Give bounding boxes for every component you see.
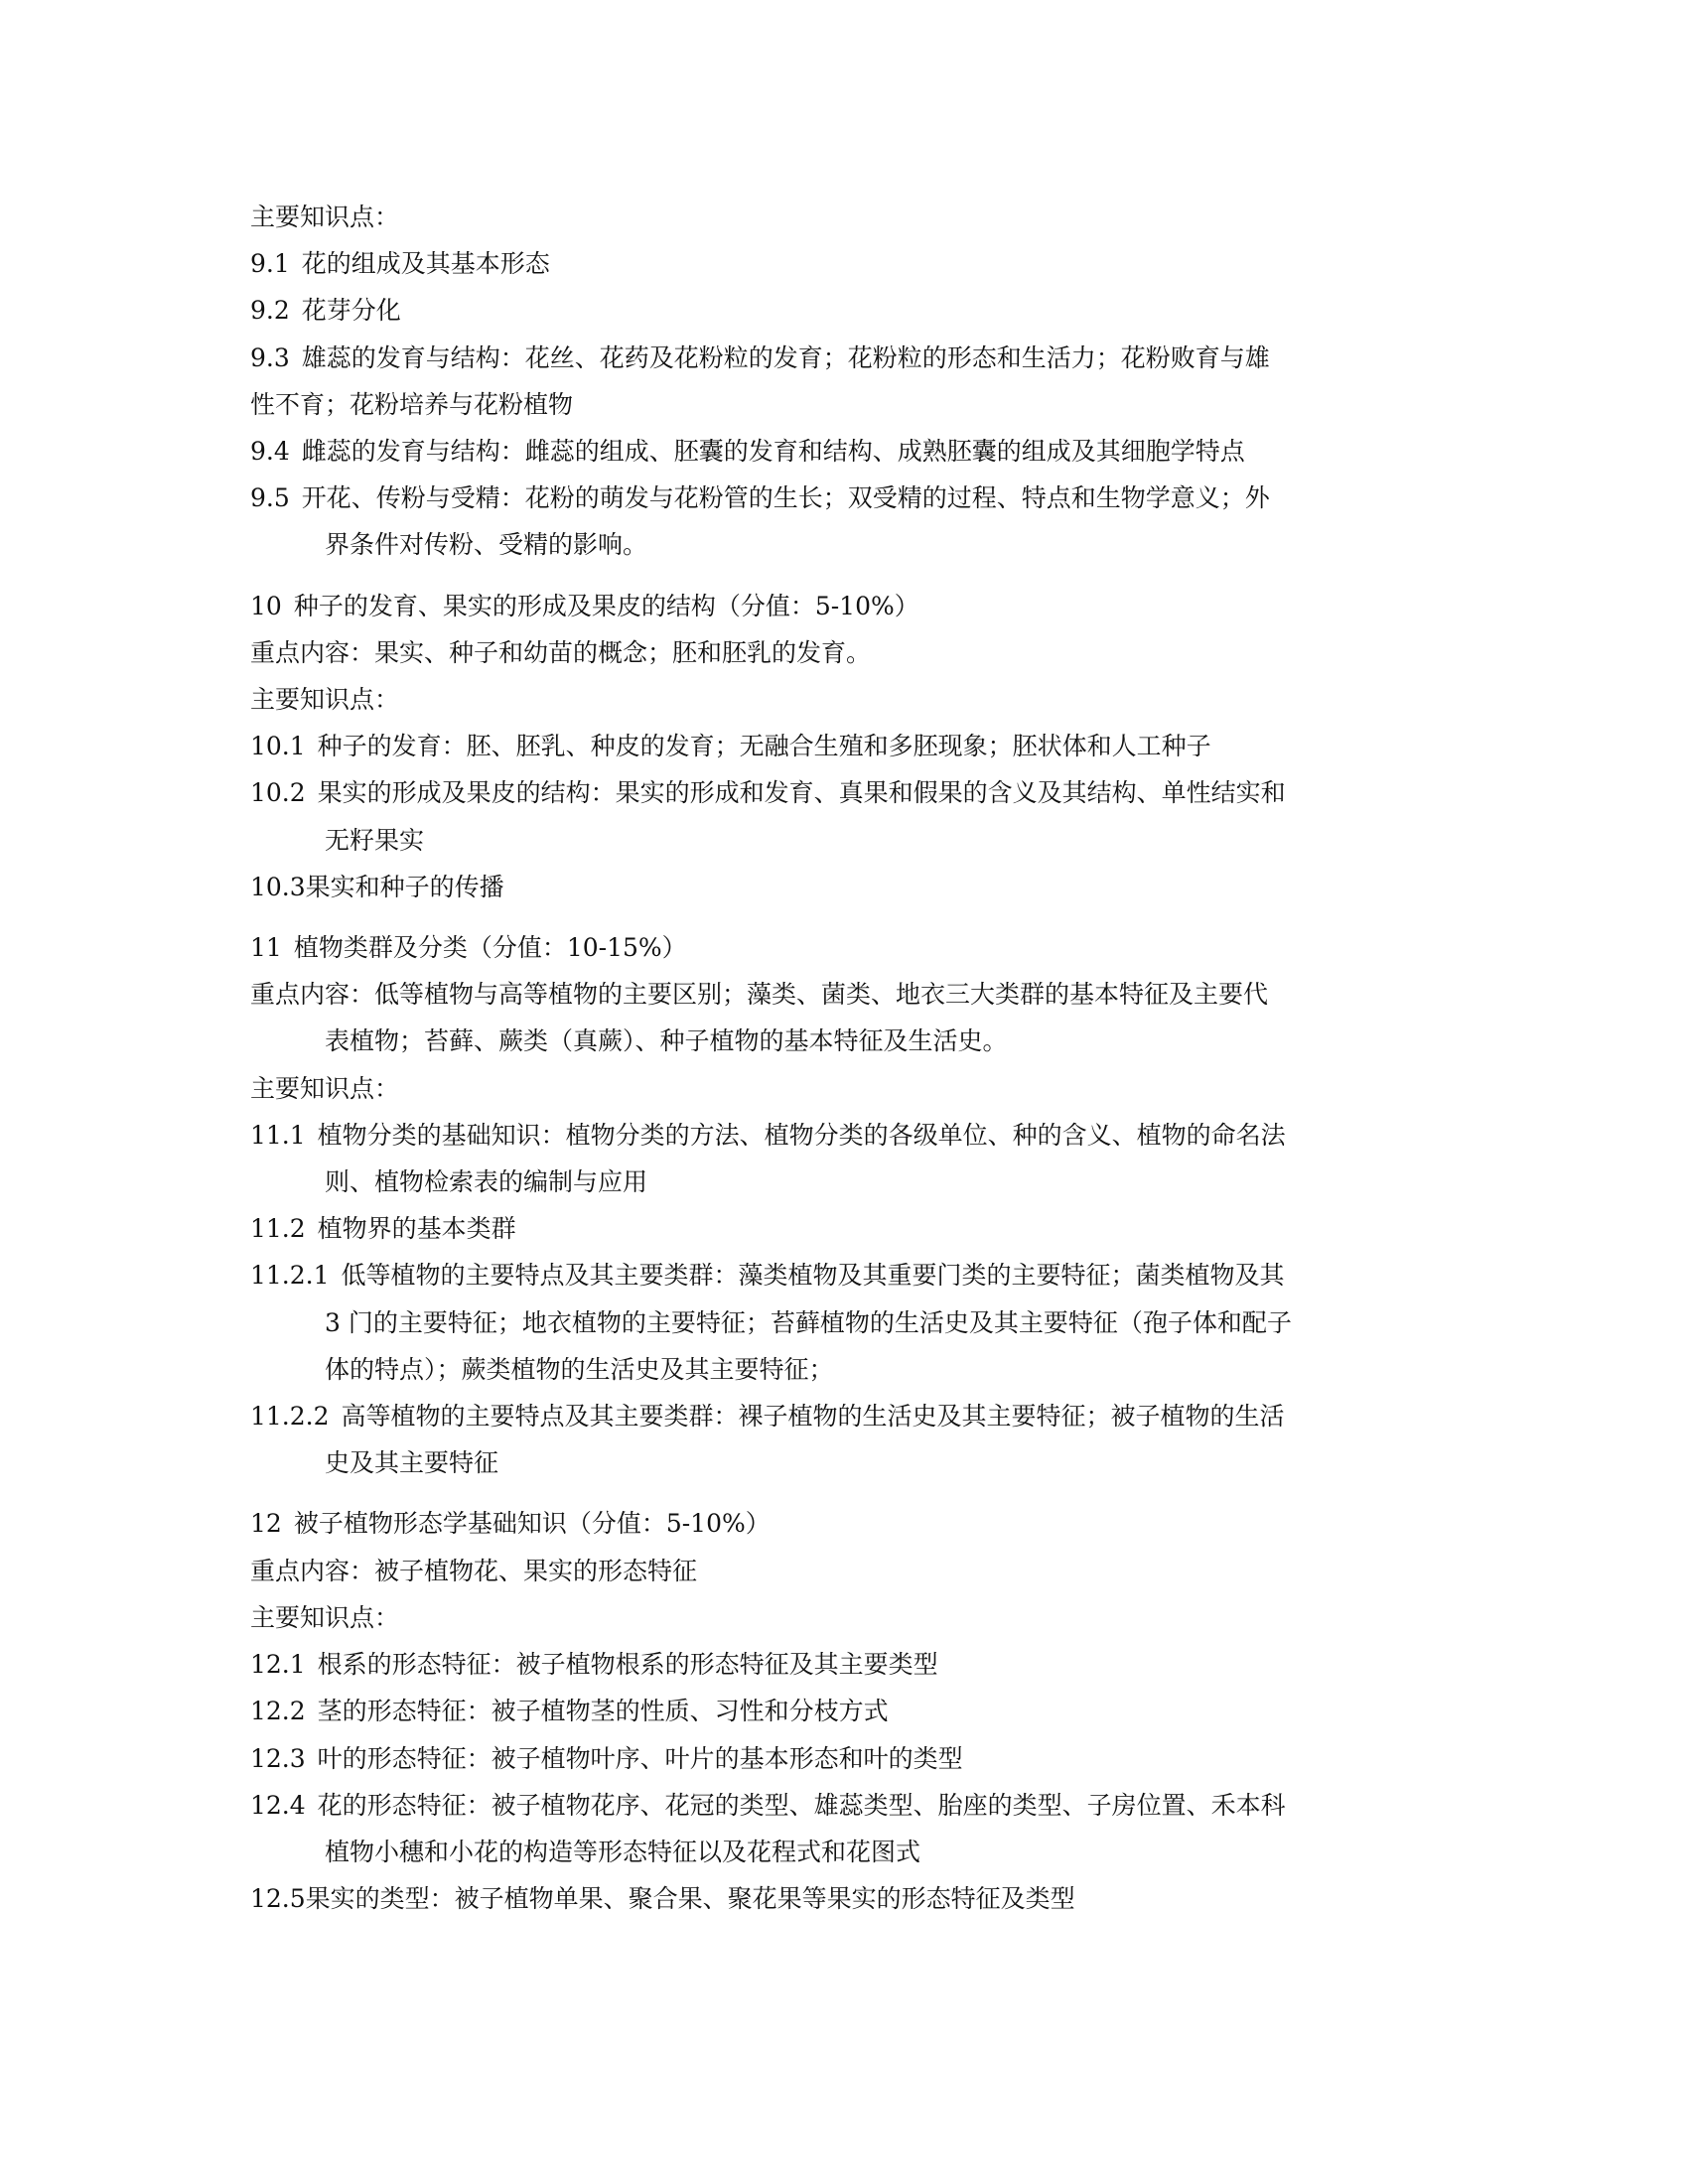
item-text: 果实的类型：被子植物单果、聚合果、聚花果等果实的形态特征及类型 (306, 1884, 1075, 1913)
section-title: 被子植物形态学基础知识（分值：5-10%） (294, 1509, 771, 1538)
item-text: 高等植物的主要特点及其主要类群：裸子植物的生活史及其主要特征；被子植物的生活 (342, 1402, 1285, 1431)
key-content-11: 重点内容：低等植物与高等植物的主要区别；藻类、菌类、地衣三大类群的基本特征及主要… (250, 971, 1442, 1064)
list-item-11-2-1: 11.2.1低等植物的主要特点及其主要类群：藻类植物及其重要门类的主要特征；菌类… (250, 1252, 1442, 1393)
knowledge-points-label: 主要知识点： (250, 676, 1442, 723)
list-item-11-1: 11.1植物分类的基础知识：植物分类的方法、植物分类的各级单位、种的含义、植物的… (250, 1112, 1442, 1205)
list-item-12-5: 12.5果实的类型：被子植物单果、聚合果、聚花果等果实的形态特征及类型 (250, 1875, 1442, 1922)
item-text-continuation: 史及其主要特征 (250, 1439, 1442, 1486)
knowledge-points-label: 主要知识点： (250, 1065, 1442, 1112)
list-item-10-2: 10.2果实的形成及果皮的结构：果实的形成和发育、真果和假果的含义及其结构、单性… (250, 769, 1442, 863)
list-item-9-3: 9.3雄蕊的发育与结构：花丝、花药及花粉粒的发育；花粉粒的形态和生活力；花粉败育… (250, 335, 1442, 428)
item-text: 雌蕊的发育与结构：雌蕊的组成、胚囊的发育和结构、成熟胚囊的组成及其细胞学特点 (302, 437, 1245, 466)
item-number: 11.2 (250, 1205, 306, 1252)
key-content-12: 重点内容：被子植物花、果实的形态特征 (250, 1548, 1442, 1594)
section-number: 11 (250, 924, 282, 971)
list-item-12-2: 12.2茎的形态特征：被子植物茎的性质、习性和分枝方式 (250, 1688, 1442, 1734)
item-number: 12.4 (250, 1782, 306, 1829)
item-text: 雄蕊的发育与结构：花丝、花药及花粉粒的发育；花粉粒的形态和生活力；花粉败育与雄 (302, 343, 1270, 372)
list-item-9-1: 9.1花的组成及其基本形态 (250, 240, 1442, 287)
item-number: 9.4 (250, 428, 290, 475)
knowledge-points-label: 主要知识点： (250, 1594, 1442, 1641)
section-title: 植物类群及分类（分值：10-15%） (294, 933, 687, 962)
key-content-text: 重点内容：低等植物与高等植物的主要区别；藻类、菌类、地衣三大类群的基本特征及主要… (250, 971, 1442, 1018)
item-text: 开花、传粉与受精：花粉的萌发与花粉管的生长；双受精的过程、特点和生物学意义；外 (302, 483, 1270, 512)
item-number: 10.1 (250, 723, 306, 769)
item-text: 花的形态特征：被子植物花序、花冠的类型、雄蕊类型、胎座的类型、子房位置、禾本科 (318, 1791, 1286, 1820)
item-number: 11.2.2 (250, 1393, 330, 1439)
item-number: 12.1 (250, 1641, 306, 1688)
section-heading-10: 10种子的发育、果实的形成及果皮的结构（分值：5-10%） (250, 583, 1442, 629)
item-number: 12.2 (250, 1688, 306, 1734)
item-text-continuation: 3 门的主要特征；地衣植物的主要特征；苔藓植物的生活史及其主要特征（孢子体和配子 (250, 1299, 1442, 1346)
list-item-12-4: 12.4花的形态特征：被子植物花序、花冠的类型、雄蕊类型、胎座的类型、子房位置、… (250, 1782, 1442, 1875)
knowledge-points-label: 主要知识点： (250, 194, 1442, 240)
section-title: 种子的发育、果实的形成及果皮的结构（分值：5-10%） (294, 592, 919, 620)
item-text: 植物界的基本类群 (318, 1214, 516, 1243)
item-number: 10.2 (250, 769, 306, 816)
item-number: 11.2.1 (250, 1252, 330, 1298)
item-text-continuation: 则、植物检索表的编制与应用 (250, 1159, 1442, 1205)
item-text-continuation: 体的特点）；蕨类植物的生活史及其主要特征； (250, 1346, 1442, 1393)
item-text: 花芽分化 (302, 296, 401, 325)
item-number: 12.5 (250, 1875, 306, 1922)
list-item-11-2: 11.2植物界的基本类群 (250, 1205, 1442, 1252)
section-heading-11: 11植物类群及分类（分值：10-15%） (250, 924, 1442, 971)
item-text-continuation: 性不育；花粉培养与花粉植物 (250, 381, 1442, 428)
item-number: 9.3 (250, 335, 290, 381)
item-text: 种子的发育：胚、胚乳、种皮的发育；无融合生殖和多胚现象；胚状体和人工种子 (318, 732, 1211, 760)
list-item-9-4: 9.4雌蕊的发育与结构：雌蕊的组成、胚囊的发育和结构、成熟胚囊的组成及其细胞学特… (250, 428, 1442, 475)
item-text-continuation: 植物小穗和小花的构造等形态特征以及花程式和花图式 (250, 1829, 1442, 1875)
item-text: 低等植物的主要特点及其主要类群：藻类植物及其重要门类的主要特征；菌类植物及其 (342, 1261, 1285, 1290)
item-text: 果实和种子的传播 (306, 873, 504, 901)
item-text: 植物分类的基础知识：植物分类的方法、植物分类的各级单位、种的含义、植物的命名法 (318, 1121, 1286, 1150)
item-text-continuation: 界条件对传粉、受精的影响。 (250, 521, 1442, 568)
item-text: 果实的形成及果皮的结构：果实的形成和发育、真果和假果的含义及其结构、单性结实和 (318, 778, 1286, 807)
item-number: 11.1 (250, 1112, 306, 1159)
section-number: 10 (250, 583, 282, 629)
list-item-12-3: 12.3叶的形态特征：被子植物叶序、叶片的基本形态和叶的类型 (250, 1735, 1442, 1782)
item-number: 9.5 (250, 475, 290, 521)
key-content-continuation: 表植物；苔藓、蕨类（真蕨）、种子植物的基本特征及生活史。 (250, 1018, 1442, 1064)
list-item-10-1: 10.1种子的发育：胚、胚乳、种皮的发育；无融合生殖和多胚现象；胚状体和人工种子 (250, 723, 1442, 769)
key-content-10: 重点内容：果实、种子和幼苗的概念；胚和胚乳的发育。 (250, 629, 1442, 676)
list-item-10-3: 10.3果实和种子的传播 (250, 864, 1442, 910)
item-text-continuation: 无籽果实 (250, 817, 1442, 864)
item-number: 10.3 (250, 864, 306, 910)
section-number: 12 (250, 1500, 282, 1547)
item-number: 12.3 (250, 1735, 306, 1782)
item-text: 根系的形态特征：被子植物根系的形态特征及其主要类型 (318, 1650, 938, 1679)
list-item-11-2-2: 11.2.2高等植物的主要特点及其主要类群：裸子植物的生活史及其主要特征；被子植… (250, 1393, 1442, 1486)
list-item-9-5: 9.5开花、传粉与受精：花粉的萌发与花粉管的生长；双受精的过程、特点和生物学意义… (250, 475, 1442, 568)
item-number: 9.1 (250, 240, 290, 287)
item-text: 花的组成及其基本形态 (302, 249, 550, 278)
item-text: 叶的形态特征：被子植物叶序、叶片的基本形态和叶的类型 (318, 1744, 963, 1773)
document-page: 主要知识点： 9.1花的组成及其基本形态 9.2花芽分化 9.3雄蕊的发育与结构… (250, 194, 1442, 1922)
item-text: 茎的形态特征：被子植物茎的性质、习性和分枝方式 (318, 1697, 889, 1725)
list-item-12-1: 12.1根系的形态特征：被子植物根系的形态特征及其主要类型 (250, 1641, 1442, 1688)
item-number: 9.2 (250, 287, 290, 334)
section-heading-12: 12被子植物形态学基础知识（分值：5-10%） (250, 1500, 1442, 1547)
list-item-9-2: 9.2花芽分化 (250, 287, 1442, 334)
